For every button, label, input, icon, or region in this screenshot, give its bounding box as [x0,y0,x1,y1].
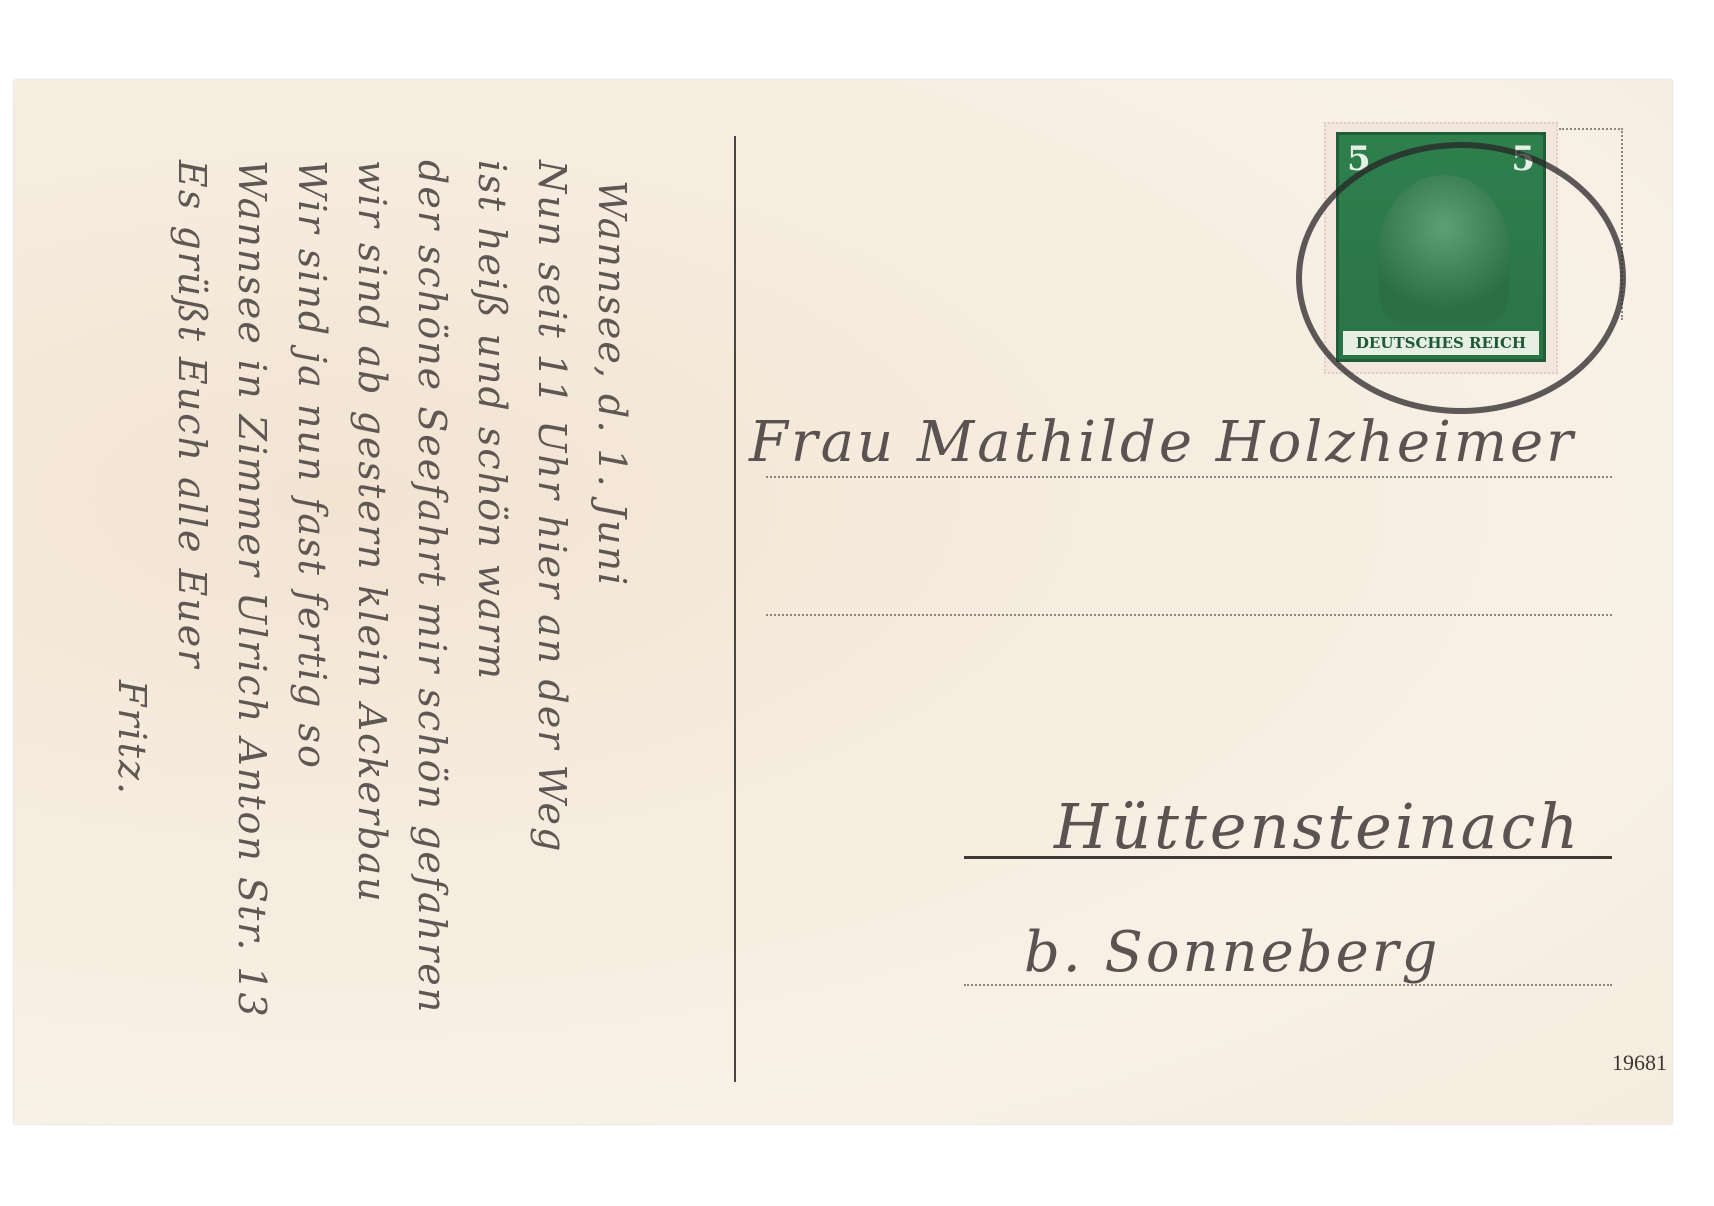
address-line-3 [964,856,1612,859]
address-line-4 [964,984,1612,986]
address-line-1 [766,476,1612,478]
message-signature: Fritz. [110,680,154,796]
message-line: ist heiß und schön warm [470,160,514,681]
message-line: Wannsee, d. 1. Juni [590,180,634,587]
message-line: Nun seit 11 Uhr hier an der Weg [530,160,574,853]
postmark-icon [1296,142,1626,414]
message-line: Wir sind ja nun fast fertig so [290,160,334,770]
message-line: Wannsee in Zimmer Ulrich Anton Str. 13 [230,160,274,1019]
message-line: wir sind ab gestern klein Ackerbau [350,160,394,904]
address-recipient: Frau Mathilde Holzheimer [749,410,1576,475]
postcard: Wannsee, d. 1. Juni Nun seit 11 Uhr hier… [14,80,1672,1124]
print-number: 19681 [1612,1050,1667,1076]
center-divider [734,136,736,1082]
message-line: Es grüßt Euch alle Euer [170,160,214,669]
message-line: der schöne Seefahrt mir schön gefahren [410,160,454,1014]
address-city: Hüttensteinach [1054,790,1581,863]
handwritten-message: Wannsee, d. 1. Juni Nun seit 11 Uhr hier… [74,120,714,1100]
address-line-2 [766,614,1612,616]
address-region: b. Sonneberg [1024,920,1440,985]
